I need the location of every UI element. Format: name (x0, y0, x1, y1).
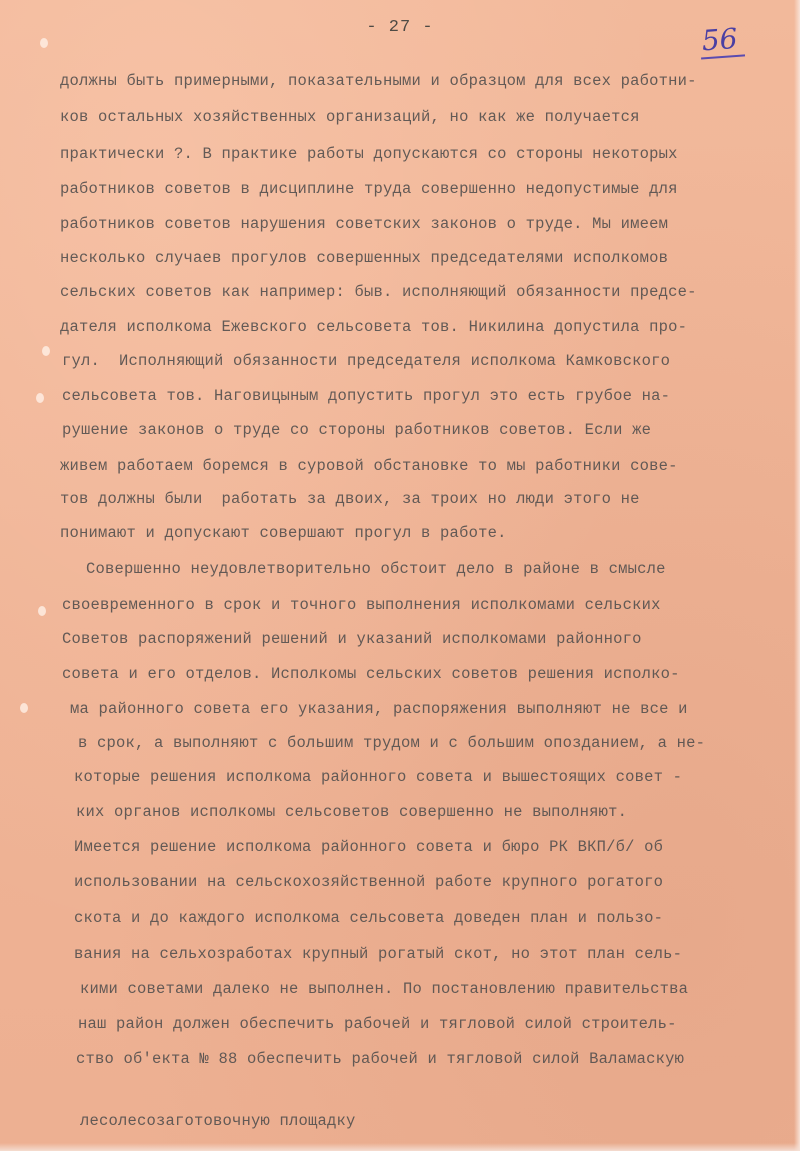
text-line: дателя исполкома Ежевского сельсовета то… (60, 318, 687, 336)
text-line: которые решения исполкома районного сове… (74, 768, 682, 786)
text-line: использовании на сельскохозяйственной ра… (74, 873, 663, 891)
text-line: наш район должен обеспечить рабочей и тя… (78, 1015, 677, 1033)
text-line: живем работаем боремся в суровой обстано… (60, 457, 678, 475)
text-line: понимают и допускают совершают прогул в … (60, 524, 507, 542)
punch-hole (36, 393, 44, 403)
text-line: должны быть примерными, показательными и… (60, 72, 697, 90)
text-line: кими советами далеко не выполнен. По пос… (80, 980, 688, 998)
text-line: тов должны были работать за двоих, за тр… (60, 490, 640, 508)
text-line: сельских советов как например: быв. испо… (60, 283, 697, 301)
text-line: ков остальных хозяйственных организаций,… (60, 108, 640, 126)
text-line: Совершенно неудовлетворительно обстоит д… (86, 560, 666, 578)
text-line: Имеется решение исполкома районного сове… (74, 838, 663, 856)
text-line: практически ?. В практике работы допуска… (60, 145, 678, 163)
text-line: работников советов нарушения советских з… (60, 215, 668, 233)
text-line: в срок, а выполняют с большим трудом и с… (78, 734, 705, 752)
text-line: работников советов в дисциплине труда со… (60, 180, 678, 198)
punch-hole (42, 346, 50, 356)
text-line: Советов распоряжений решений и указаний … (62, 630, 642, 648)
punch-hole (20, 703, 28, 713)
page-edge-right (794, 0, 800, 1151)
text-line: скота и до каждого исполкома сельсовета … (74, 909, 663, 927)
page-edge-bottom (0, 1143, 800, 1151)
text-line: рушение законов о труде со стороны работ… (62, 421, 651, 439)
archive-folio-number: 56 (699, 25, 745, 60)
text-line: сельсовета тов. Наговицыным допустить пр… (62, 387, 670, 405)
text-line: гул. Исполняющий обязанности председател… (62, 352, 670, 370)
page-number: - 27 - (0, 18, 800, 37)
text-line: несколько случаев прогулов совершенных п… (60, 249, 668, 267)
text-line: ма районного совета его указания, распор… (70, 700, 688, 718)
punch-hole (40, 38, 48, 48)
text-line: своевременного в срок и точного выполнен… (62, 596, 661, 614)
punch-hole (38, 606, 46, 616)
text-line: ких органов исполкомы сельсоветов соверш… (76, 803, 627, 821)
text-line: совета и его отделов. Исполкомы сельских… (62, 665, 680, 683)
text-line: ство об'екта № 88 обеспечить рабочей и т… (76, 1050, 684, 1068)
text-line: лесолесозаготовочную площадку (80, 1112, 356, 1130)
text-line: вания на сельхозработах крупный рогатый … (74, 945, 682, 963)
document-page: - 27 - 56 должны быть примерными, показа… (0, 0, 800, 1151)
